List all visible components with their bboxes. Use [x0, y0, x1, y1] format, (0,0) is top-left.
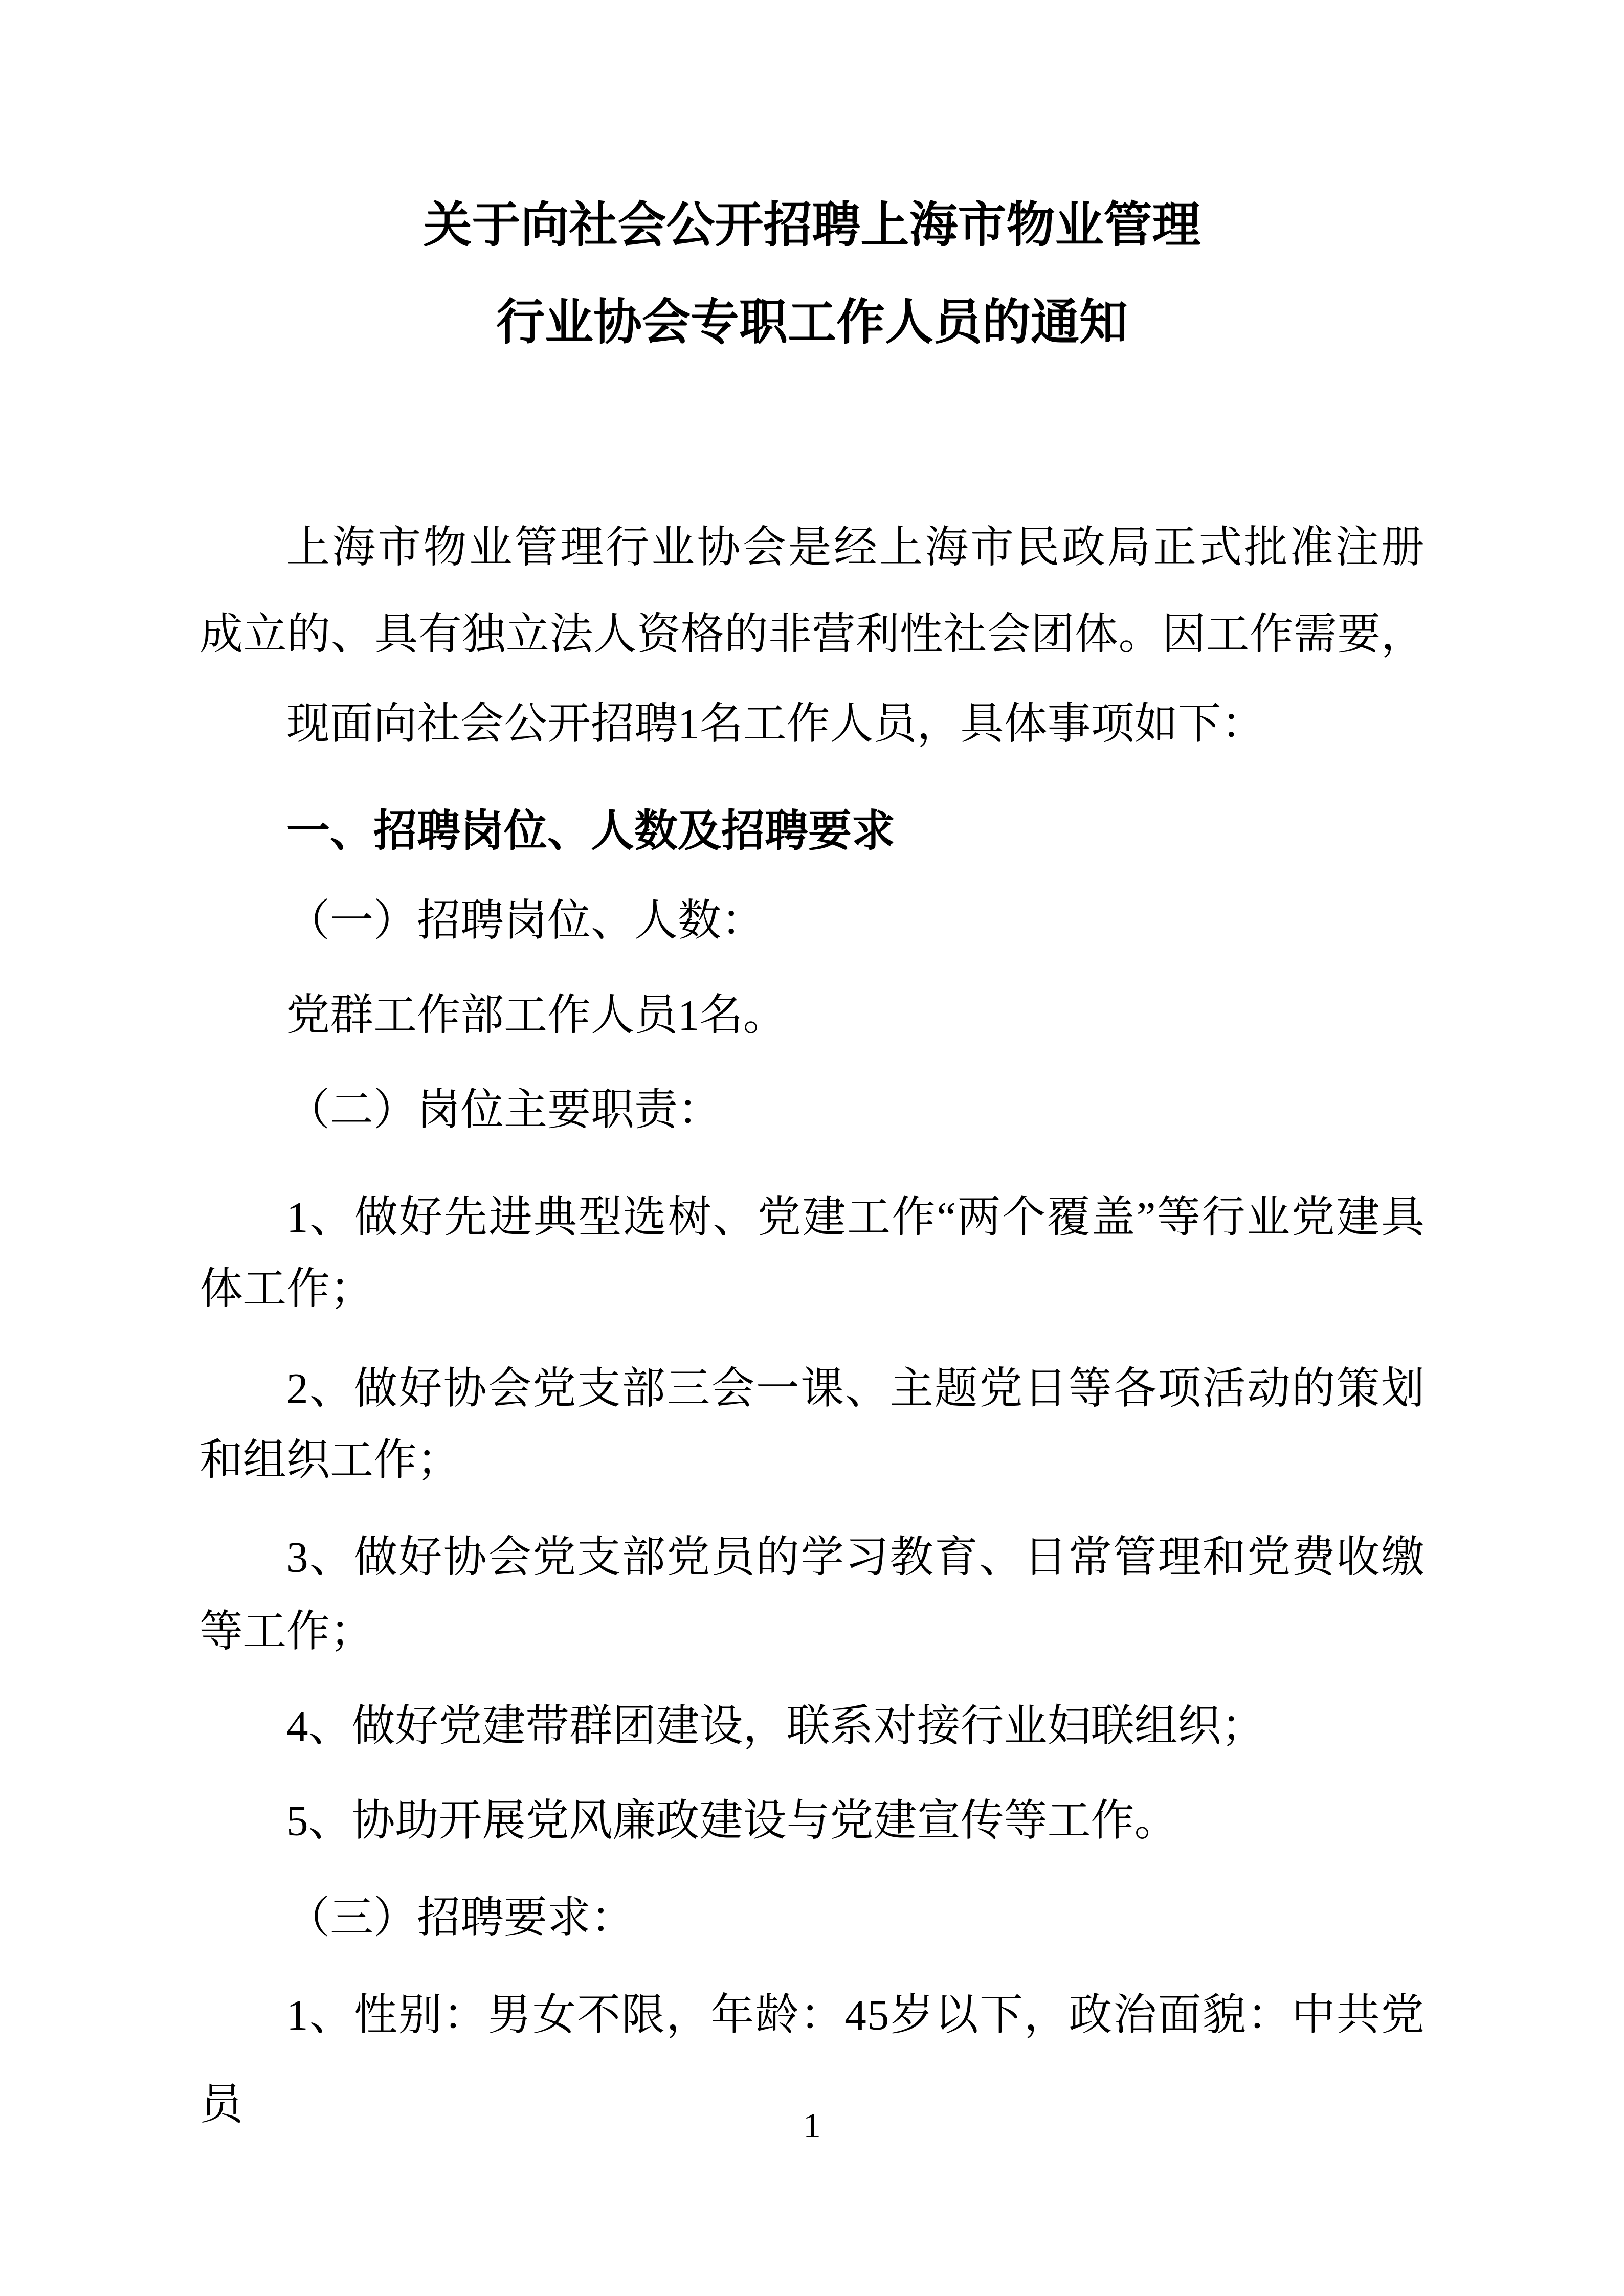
requirements-subheading: （三）招聘要求： [199, 1882, 1425, 1954]
duty-2-line-2: 和组织工作； [199, 1425, 1425, 1496]
requirement-1-line-1: 1、性别：男女不限，年龄：45岁以下，政治面貌：中共党 [199, 1979, 1425, 2051]
intro-line-2: 成立的、具有独立法人资格的非营利性社会团体。因工作需要， [199, 599, 1425, 670]
duty-2-line-1: 2、做好协会党支部三会一课、主题党日等各项活动的策划 [199, 1353, 1425, 1425]
duty-3-line-1: 3、做好协会党支部党员的学习教育、日常管理和党费收缴 [199, 1522, 1425, 1593]
recruit-position-subheading: （一）招聘岗位、人数： [199, 885, 1425, 957]
document-page: 关于向社会公开招聘上海市物业管理 行业协会专职工作人员的通知 上海市物业管理行业… [0, 0, 1624, 2296]
intro-line-1: 上海市物业管理行业协会是经上海市民政局正式批准注册 [199, 512, 1425, 583]
doc-title-line-1: 关于向社会公开招聘上海市物业管理 [199, 177, 1425, 274]
position-count-line: 党群工作部工作人员1名。 [199, 980, 1425, 1051]
doc-title-line-2: 行业协会专职工作人员的通知 [199, 274, 1425, 371]
document-content: 关于向社会公开招聘上海市物业管理 行业协会专职工作人员的通知 上海市物业管理行业… [0, 177, 1624, 2141]
duties-subheading: （二）岗位主要职责： [199, 1074, 1425, 1146]
section-1-heading: 一、招聘岗位、人数及招聘要求 [199, 796, 1425, 867]
page-number: 1 [0, 2106, 1624, 2147]
duty-1-line-2: 体工作； [199, 1253, 1425, 1325]
duty-5-line: 5、协助开展党风廉政建设与党建宣传等工作。 [199, 1785, 1425, 1857]
intro-line-3: 现面向社会公开招聘1名工作人员，具体事项如下： [199, 688, 1425, 760]
duty-4-line: 4、做好党建带群团建设，联系对接行业妇联组织； [199, 1691, 1425, 1762]
duty-3-line-2: 等工作； [199, 1596, 1425, 1668]
duty-1-line-1: 1、做好先进典型选树、党建工作“两个覆盖”等行业党建具 [199, 1182, 1425, 1253]
